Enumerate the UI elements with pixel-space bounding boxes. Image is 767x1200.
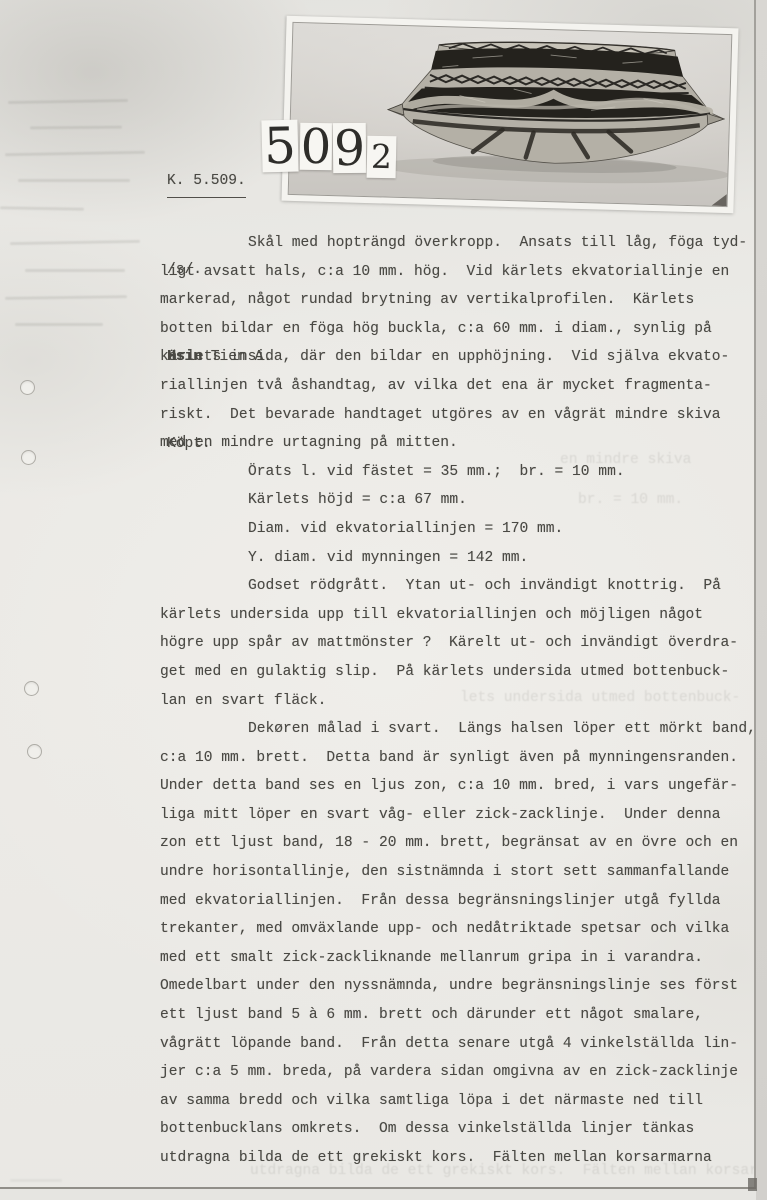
- photo-corner-mark: [712, 194, 727, 206]
- typed-line: högre upp spår av mattmönster ? Kärelt u…: [160, 629, 752, 658]
- number-slip: 5: [261, 120, 298, 173]
- scanned-catalog-page: 5 0 9 2 K. 5.509. /s/. Hsin Tien A. Köpt…: [0, 0, 767, 1200]
- typed-line: ett ljust band 5 à 6 mm. brett och därun…: [160, 1001, 752, 1030]
- typed-line: botten bildar en föga hög buckla, c:a 60…: [160, 315, 752, 344]
- typed-line: kärlets undersida upp till ekvatoriallin…: [160, 601, 752, 630]
- scan-bottom-margin: [0, 1189, 756, 1200]
- typed-line: Dekøren målad i svart. Längs halsen löpe…: [160, 715, 752, 744]
- typed-line: Skål med hopträngd överkropp. Ansats til…: [160, 229, 752, 258]
- typed-line: riallinjen två åshandtag, av vilka det e…: [160, 372, 752, 401]
- ghost-line: en mindre skiva: [560, 452, 691, 468]
- artifact-photo-print: [288, 22, 733, 207]
- typed-line: Y. diam. vid mynningen = 142 mm.: [160, 544, 752, 573]
- typed-line: kärlets insida, där den bildar en upphöj…: [160, 343, 752, 372]
- number-slip-sub: 2: [367, 136, 397, 179]
- pencil-smudge: [10, 240, 140, 245]
- pencil-smudge: [15, 323, 103, 326]
- pencil-smudge: [10, 1179, 62, 1182]
- typed-line: trekanter, med omväxlande upp- och nedåt…: [160, 915, 752, 944]
- typed-line: med ett smalt zick-zackliknande mellanru…: [160, 944, 752, 973]
- typed-line: liga mitt löper en svart våg- eller zick…: [160, 801, 752, 830]
- typed-line: get med en gulaktig slip. På kärlets und…: [160, 658, 752, 687]
- slip-digit: 5: [263, 117, 296, 176]
- punch-hole: [24, 681, 39, 696]
- pencil-smudge: [5, 151, 145, 156]
- typed-line: markerad, något rundad brytning av verti…: [160, 286, 752, 315]
- slip-digit: 2: [371, 137, 393, 176]
- typed-line: Godset rödgrått. Ytan ut- och invändigt …: [160, 572, 752, 601]
- typed-line: riskt. Det bevarade handtaget utgöres av…: [160, 401, 752, 430]
- typed-line: undre horisontallinje, den sistnämnda i …: [160, 858, 752, 887]
- typed-line: Diam. vid ekvatoriallinjen = 170 mm.: [160, 515, 752, 544]
- number-slip: 9: [333, 123, 367, 173]
- typed-line: vågrätt löpande band. Från detta senare …: [160, 1030, 752, 1059]
- punch-hole: [21, 450, 36, 465]
- ghost-line: lets undersida utmed bottenbuck-: [460, 690, 740, 706]
- typed-line: med ekvatoriallinjen. Från dessa begräns…: [160, 887, 752, 916]
- artifact-photo: [282, 16, 739, 214]
- number-slip: 0: [300, 123, 333, 170]
- typed-line: bottenbucklans omkrets. Om dessa vinkels…: [160, 1115, 752, 1144]
- ghost-line: br. = 10 mm.: [578, 492, 683, 508]
- scan-right-margin: [756, 0, 767, 1200]
- pencil-smudge: [5, 295, 127, 300]
- ghost-line: utdragna bilda de ett grekiskt kors. Fäl…: [250, 1163, 767, 1179]
- pencil-smudge: [8, 99, 128, 104]
- typed-line: c:a 10 mm. brett. Detta band är synligt …: [160, 744, 752, 773]
- pencil-smudge: [18, 179, 130, 182]
- typed-line: Under detta band ses en ljus zon, c:a 10…: [160, 772, 752, 801]
- punch-hole: [20, 380, 35, 395]
- slip-digit: 0: [300, 118, 331, 174]
- slip-digit: 9: [334, 119, 366, 176]
- punch-hole: [27, 744, 42, 759]
- typed-line: jer c:a 5 mm. breda, på vardera sidan om…: [160, 1058, 752, 1087]
- pottery-bowl-illustration: [289, 23, 732, 206]
- pencil-smudge: [25, 269, 125, 272]
- catalog-number: K. 5.509.: [167, 167, 272, 198]
- typed-line: Omedelbart under den nyssnämnda, undre b…: [160, 972, 752, 1001]
- typed-line: zon ett ljust band, 18 - 20 mm. brett, b…: [160, 829, 752, 858]
- pencil-smudge: [30, 126, 122, 130]
- typed-line: ligt avsatt hals, c:a 10 mm. hög. Vid kä…: [160, 258, 752, 287]
- scan-corner-mark: [748, 1178, 757, 1191]
- typed-line: av samma bredd och vilka samtliga löpa i…: [160, 1087, 752, 1116]
- pencil-smudge: [0, 206, 84, 210]
